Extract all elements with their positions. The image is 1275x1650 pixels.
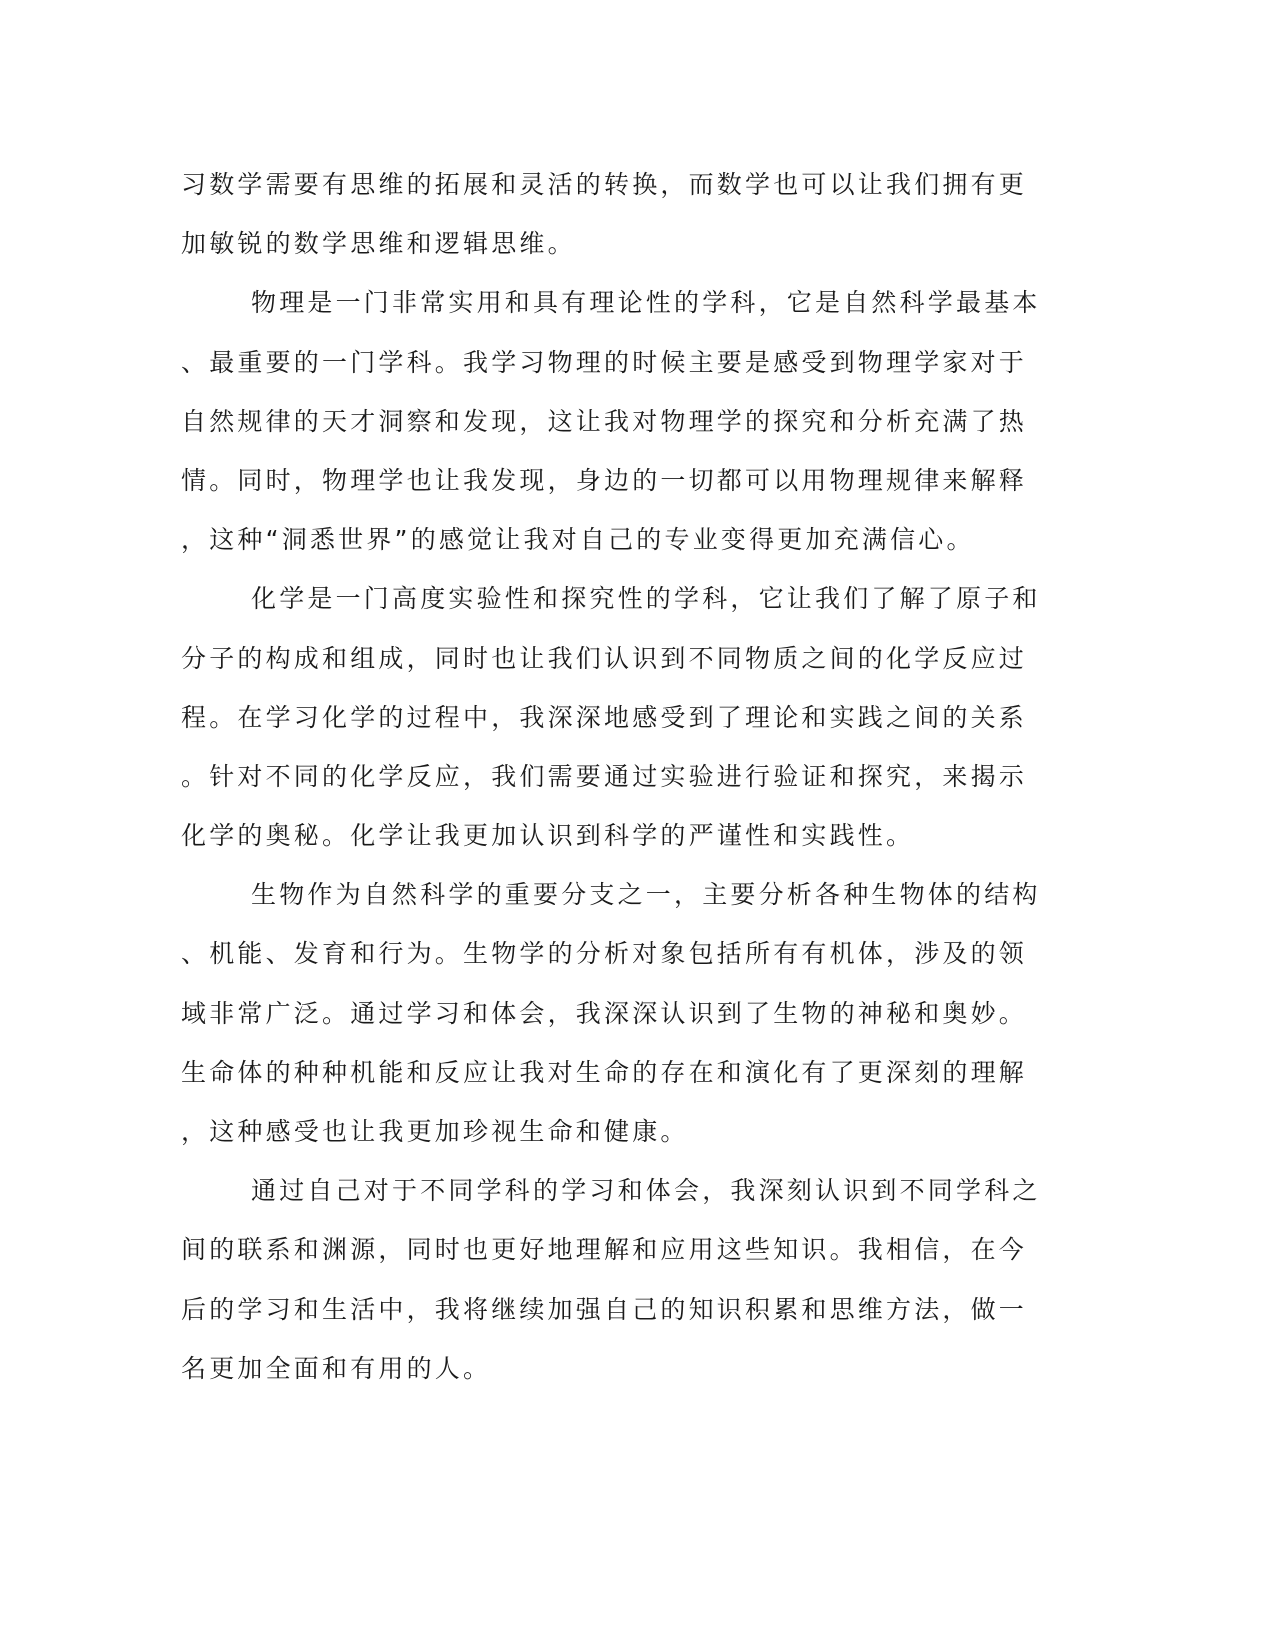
text-line: 分子的构成和组成，同时也让我们认识到不同物质之间的化学反应过: [181, 636, 1041, 695]
paragraph-physics-start: 物理是一门非常实用和具有理论性的学科，它是自然科学最基本: [181, 280, 1041, 339]
text-line: 程。在学习化学的过程中，我深深地感受到了理论和实践之间的关系: [181, 695, 1041, 754]
text-line: 加敏锐的数学思维和逻辑思维。: [181, 221, 1041, 280]
text-line: ，这种“洞悉世界”的感觉让我对自己的专业变得更加充满信心。: [181, 517, 1041, 576]
text-line: 域非常广泛。通过学习和体会，我深深认识到了生物的神秘和奥妙。: [181, 991, 1041, 1050]
text-line: 生命体的种种机能和反应让我对生命的存在和演化有了更深刻的理解: [181, 1050, 1041, 1109]
text-line: 名更加全面和有用的人。: [181, 1346, 1041, 1405]
text-line: 间的联系和渊源，同时也更好地理解和应用这些知识。我相信，在今: [181, 1227, 1041, 1286]
paragraph-conclusion-start: 通过自己对于不同学科的学习和体会，我深刻认识到不同学科之: [181, 1168, 1041, 1227]
text-line: 。针对不同的化学反应，我们需要通过实验进行验证和探究，来揭示: [181, 754, 1041, 813]
text-line: ，这种感受也让我更加珍视生命和健康。: [181, 1109, 1041, 1168]
text-line: 后的学习和生活中，我将继续加强自己的知识积累和思维方法，做一: [181, 1287, 1041, 1346]
paragraph-chemistry-start: 化学是一门高度实验性和探究性的学科，它让我们了解了原子和: [181, 576, 1041, 635]
text-line: 情。同时，物理学也让我发现，身边的一切都可以用物理规律来解释: [181, 458, 1041, 517]
paragraph-biology-start: 生物作为自然科学的重要分支之一，主要分析各种生物体的结构: [181, 872, 1041, 931]
text-line: 化学的奥秘。化学让我更加认识到科学的严谨性和实践性。: [181, 813, 1041, 872]
text-line: 自然规律的天才洞察和发现，这让我对物理学的探究和分析充满了热: [181, 399, 1041, 458]
document-page: 习数学需要有思维的拓展和灵活的转换，而数学也可以让我们拥有更 加敏锐的数学思维和…: [0, 0, 1275, 1650]
body-text: 习数学需要有思维的拓展和灵活的转换，而数学也可以让我们拥有更 加敏锐的数学思维和…: [181, 162, 1041, 1405]
text-line: 、机能、发育和行为。生物学的分析对象包括所有有机体，涉及的领: [181, 931, 1041, 990]
text-line-math-continuation: 习数学需要有思维的拓展和灵活的转换，而数学也可以让我们拥有更: [181, 162, 1041, 221]
text-line: 、最重要的一门学科。我学习物理的时候主要是感受到物理学家对于: [181, 340, 1041, 399]
